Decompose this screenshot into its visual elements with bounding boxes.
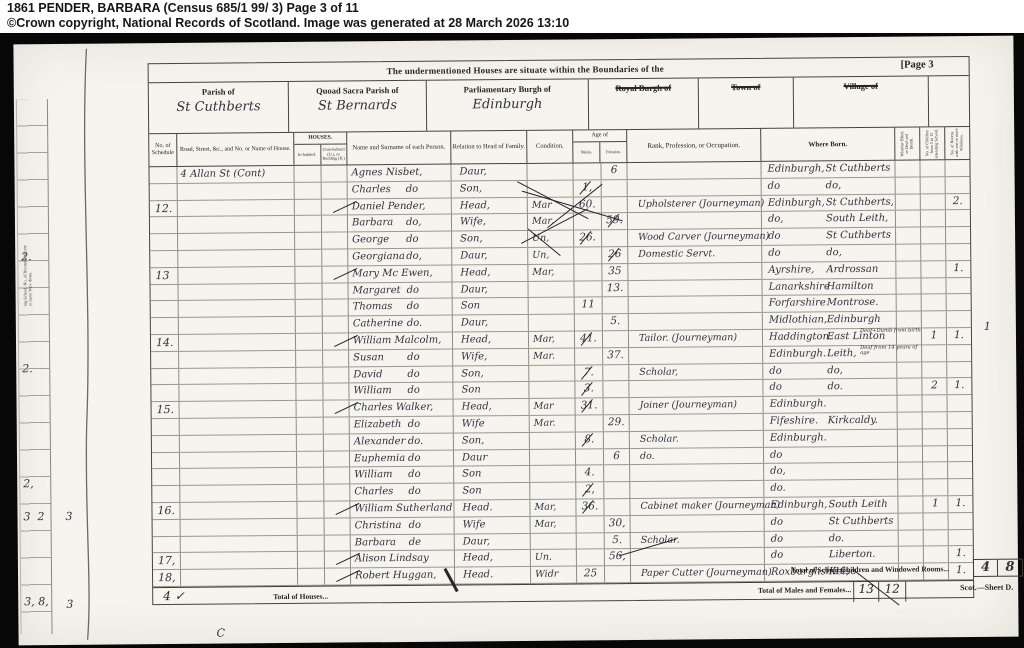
cell-uninhabited bbox=[324, 485, 350, 501]
cell-age-female bbox=[604, 482, 630, 498]
cell-condition: Mar, bbox=[528, 214, 574, 230]
district-value: St Bernards bbox=[289, 98, 426, 114]
cell-school-children bbox=[921, 278, 946, 294]
cell-relation: Head, bbox=[452, 265, 528, 281]
cell-age-male: 31. bbox=[576, 398, 604, 414]
cell-address bbox=[178, 183, 295, 200]
person-name: Margaret bbox=[352, 283, 400, 298]
person-name: Christina bbox=[355, 518, 402, 533]
cell-age-female bbox=[603, 331, 629, 347]
cell-age-female bbox=[604, 432, 630, 448]
cell-schedule bbox=[152, 469, 180, 485]
cell-occupation bbox=[628, 212, 762, 229]
cell-born: do. bbox=[764, 480, 898, 497]
cell-relation: Son, bbox=[453, 365, 529, 381]
cell-relation: Son bbox=[454, 483, 530, 499]
total-houses-label: Total of Houses... bbox=[273, 592, 328, 601]
cell-school-children bbox=[922, 295, 947, 311]
cell-name: William Sutherland bbox=[350, 500, 454, 517]
cell-school-children bbox=[923, 429, 948, 445]
cell-uninhabited bbox=[322, 233, 348, 249]
viewer-header: 1861 PENDER, BARBARA (Census 685/1 99/ 3… bbox=[0, 0, 1024, 33]
cell-name: Catherinedo. bbox=[349, 316, 453, 333]
cell-age-female: 5. bbox=[605, 533, 631, 549]
cell-uninhabited bbox=[324, 468, 350, 484]
cell-age-male: 26. bbox=[574, 230, 602, 246]
cell-occupation bbox=[629, 313, 763, 330]
cell-age-female: 37. bbox=[603, 348, 629, 364]
margin-number: 2. bbox=[21, 250, 32, 263]
cell-windowed-rooms bbox=[949, 530, 973, 546]
cell-condition: Widr bbox=[531, 567, 577, 583]
cell-address bbox=[178, 233, 295, 250]
ditto-mark: do. bbox=[407, 316, 423, 331]
school-rooms-total: Total of School Children and Windowed Ro… bbox=[631, 559, 1024, 580]
cell-blind-deaf bbox=[897, 295, 922, 311]
col-females: Females. bbox=[601, 142, 627, 162]
cell-condition bbox=[530, 432, 576, 448]
cell-schedule bbox=[152, 436, 180, 452]
col-age-label: Age of bbox=[573, 130, 626, 142]
loose-mark: 1 bbox=[984, 320, 991, 333]
cell-born: Ayrshire,Ardrossan bbox=[762, 261, 896, 278]
cell-age-male: 36. bbox=[576, 499, 604, 515]
born-county: Edinburgh. bbox=[770, 396, 827, 411]
ditto-mark: do bbox=[407, 299, 420, 314]
cell-school-children bbox=[923, 463, 948, 479]
cell-windowed-rooms: 1. bbox=[946, 261, 970, 277]
cell-inhabited bbox=[298, 535, 325, 551]
ditto-mark: do bbox=[408, 467, 421, 482]
cell-inhabited bbox=[297, 468, 324, 484]
cell-relation: Head. bbox=[454, 500, 530, 516]
born-parish: St Cuthberts bbox=[825, 161, 890, 177]
cell-uninhabited bbox=[322, 216, 348, 232]
cell-windowed-rooms bbox=[949, 513, 973, 529]
born-county: do bbox=[771, 531, 784, 546]
cell-age-male bbox=[574, 281, 602, 297]
cell-schedule: 14. bbox=[151, 335, 179, 351]
cell-born: dodo, bbox=[763, 362, 897, 379]
total-houses-value: 4 ✓ bbox=[163, 589, 185, 603]
cell-blind-deaf bbox=[898, 429, 923, 445]
cell-age-female: 6 bbox=[601, 163, 627, 179]
cell-age-male bbox=[573, 163, 601, 179]
born-county: Lanarkshire bbox=[768, 279, 829, 295]
cell-uninhabited bbox=[325, 518, 351, 534]
cell-born: dodo. bbox=[765, 530, 899, 547]
cell-schedule bbox=[150, 234, 178, 250]
cell-windowed-rooms bbox=[948, 479, 972, 495]
district-label: Quoad Sacra Parish of bbox=[289, 85, 426, 96]
born-parish: St Cuthberts bbox=[826, 228, 891, 244]
cell-windowed-rooms: 1. bbox=[947, 328, 971, 344]
cell-age-female bbox=[604, 465, 630, 481]
cell-born: Fifeshire.Kirkcaldy. bbox=[764, 413, 898, 430]
cell-inhabited bbox=[295, 266, 322, 282]
cell-address bbox=[180, 468, 297, 485]
cell-inhabited bbox=[298, 552, 325, 568]
cell-age-male bbox=[574, 247, 602, 263]
cell-age-female: 5. bbox=[603, 314, 629, 330]
district-box: Parliamentary Burgh ofEdinburgh bbox=[427, 79, 589, 130]
cell-condition: Mar, bbox=[529, 331, 575, 347]
district-box: Village of bbox=[794, 76, 929, 127]
cell-occupation bbox=[628, 179, 762, 196]
district-box: Quoad Sacra Parish ofSt Bernards bbox=[289, 81, 427, 132]
ditto-mark: do bbox=[407, 350, 420, 365]
cell-inhabited bbox=[297, 418, 324, 434]
cell-blind-deaf bbox=[897, 312, 922, 328]
cell-relation: Head. bbox=[455, 567, 531, 583]
strike-mark bbox=[582, 500, 594, 514]
cell-schedule bbox=[150, 184, 178, 200]
cell-name: Georgianado, bbox=[348, 249, 452, 266]
born-county: Ayrshire, bbox=[768, 262, 814, 277]
ditto-mark: do bbox=[406, 182, 419, 197]
born-parish: Leith, bbox=[827, 346, 857, 361]
person-name: William bbox=[353, 383, 391, 398]
cell-condition: Un. bbox=[531, 550, 577, 566]
cell-condition: Mar. bbox=[529, 348, 575, 364]
cell-address bbox=[178, 216, 295, 233]
cell-age-female: 35 bbox=[602, 264, 628, 280]
cell-condition: Mar. bbox=[530, 415, 576, 431]
cell-condition: Mar bbox=[530, 399, 576, 415]
cell-age-male bbox=[575, 348, 603, 364]
cell-relation: Wife, bbox=[452, 214, 528, 230]
district-box: Town of bbox=[699, 78, 794, 129]
cell-occupation bbox=[631, 515, 765, 532]
cell-blind-deaf bbox=[896, 177, 921, 193]
cell-school-children: 1 bbox=[922, 328, 947, 344]
cell-schedule: 16. bbox=[152, 503, 180, 519]
cell-schedule bbox=[151, 369, 179, 385]
cell-condition: Mar bbox=[528, 197, 574, 213]
loose-mark: 3 bbox=[66, 598, 73, 611]
cell-blind-deaf bbox=[898, 446, 923, 462]
cell-school-children: 1 bbox=[923, 496, 948, 512]
cell-uninhabited bbox=[322, 249, 348, 265]
strike-mark bbox=[579, 181, 591, 195]
cell-age-male: 25 bbox=[577, 566, 605, 582]
cell-age-female bbox=[604, 398, 630, 414]
cell-name: Christinado bbox=[351, 517, 455, 534]
cell-windowed-rooms: 1. bbox=[947, 378, 971, 394]
cell-schedule bbox=[151, 318, 179, 334]
cell-name: Robert Huggan, bbox=[351, 568, 455, 585]
cell-inhabited bbox=[298, 569, 325, 585]
cell-name: Barbarado, bbox=[348, 215, 452, 232]
loose-mark: 3 bbox=[65, 510, 72, 523]
cell-schedule bbox=[150, 285, 178, 301]
cell-school-children bbox=[922, 311, 947, 327]
col-relation: Relation to Head of Family. bbox=[451, 131, 527, 164]
school-rooms-total-label: Total of School Children and Windowed Ro… bbox=[691, 564, 949, 575]
strike-mark bbox=[581, 399, 593, 413]
col-schedule: No. of Schedule bbox=[149, 134, 177, 166]
cell-inhabited bbox=[295, 199, 322, 215]
cell-schedule: 18, bbox=[153, 570, 181, 586]
cell-inhabited bbox=[297, 401, 324, 417]
col-age: Age of Males. Females. bbox=[573, 130, 627, 162]
born-parish: do, bbox=[826, 178, 842, 193]
ditto-mark: do bbox=[407, 383, 420, 398]
cell-address bbox=[180, 401, 297, 418]
cell-name: Susando bbox=[349, 349, 453, 366]
born-parish: Hamilton bbox=[826, 278, 873, 293]
cell-windowed-rooms bbox=[947, 294, 971, 310]
cell-condition: Un, bbox=[528, 247, 574, 263]
cell-schedule: 15. bbox=[152, 402, 180, 418]
cell-relation: Daur, bbox=[455, 533, 531, 549]
cell-age-female bbox=[603, 297, 629, 313]
born-parish: do. bbox=[829, 531, 845, 546]
born-county: do bbox=[768, 229, 781, 244]
cell-school-children bbox=[922, 362, 947, 378]
cell-address bbox=[181, 552, 298, 569]
margin-number: 3 2 bbox=[23, 510, 44, 523]
cell-schedule: 13 bbox=[150, 268, 178, 284]
born-parish: Ardrossan bbox=[826, 262, 878, 277]
cell-school-children bbox=[921, 261, 946, 277]
col-blind: Whether Blind, or Deaf and Dumb. bbox=[895, 127, 920, 159]
margin-number: 2. bbox=[22, 362, 33, 375]
cell-address bbox=[180, 435, 297, 452]
cell-schedule bbox=[151, 352, 179, 368]
cell-condition bbox=[527, 163, 573, 179]
cell-name: Charles Walker, bbox=[350, 400, 454, 417]
cell-name: Williamdo bbox=[350, 467, 454, 484]
born-parish: St Cuthberts, bbox=[826, 194, 894, 210]
person-name: Euphemia bbox=[354, 451, 405, 466]
cell-inhabited bbox=[296, 334, 323, 350]
born-county: do. bbox=[770, 481, 786, 496]
cell-address bbox=[181, 569, 298, 586]
cell-relation: Head, bbox=[453, 332, 529, 348]
cell-occupation: Domestic Servt. bbox=[628, 246, 762, 263]
cell-age-female: 59. bbox=[602, 213, 628, 229]
cell-born: Edinburgh,St Cuthberts bbox=[761, 161, 895, 178]
cell-windowed-rooms bbox=[946, 278, 970, 294]
cell-occupation bbox=[629, 347, 763, 364]
cell-schedule bbox=[151, 385, 179, 401]
cell-schedule bbox=[152, 486, 180, 502]
col-inhabited: In-habited. bbox=[294, 145, 321, 165]
cell-born: doSt Cuthberts bbox=[762, 228, 896, 245]
cell-address bbox=[181, 535, 298, 552]
cell-blind-deaf: Deaf+Dumb from birth bbox=[897, 328, 922, 344]
cell-address bbox=[178, 200, 295, 217]
person-name: Agnes Nisbet, bbox=[351, 165, 422, 181]
cell-inhabited bbox=[295, 216, 322, 232]
cell-address: 4 Allan St (Cont) bbox=[177, 166, 294, 183]
person-name: William Sutherland bbox=[354, 500, 452, 516]
person-name: Alison Lindsay bbox=[355, 551, 429, 567]
district-boxes-row: Parish ofSt CuthbertsQuoad Sacra Parish … bbox=[149, 76, 969, 134]
cell-name: Thomasdo bbox=[349, 299, 453, 316]
cell-blind-deaf bbox=[896, 211, 921, 227]
person-name: William bbox=[354, 467, 392, 482]
cell-windowed-rooms bbox=[948, 429, 972, 445]
cell-windowed-rooms: 2. bbox=[946, 194, 970, 210]
ditto-mark: do bbox=[406, 282, 419, 297]
cell-age-female bbox=[602, 180, 628, 196]
page-number-label: [Page 3 bbox=[901, 59, 934, 70]
cell-address bbox=[180, 418, 297, 435]
cell-born: ForfarshireMontrose. bbox=[763, 295, 897, 312]
district-label: Royal Burgh of bbox=[589, 82, 698, 93]
born-parish: South Leith bbox=[828, 497, 887, 513]
born-parish: South Leith, bbox=[826, 211, 888, 227]
cell-born: Edinburgh. bbox=[764, 396, 898, 413]
cell-condition: Un, bbox=[528, 231, 574, 247]
col-houses-label: HOUSES. bbox=[294, 132, 346, 144]
cell-blind-deaf bbox=[898, 480, 923, 496]
cell-uninhabited bbox=[323, 317, 349, 333]
cell-name: Alison Lindsay bbox=[351, 551, 455, 568]
cell-relation: Son bbox=[454, 466, 530, 482]
cell-condition bbox=[530, 466, 576, 482]
ditto-mark: do, bbox=[406, 215, 422, 230]
cell-name: Daviddo bbox=[349, 366, 453, 383]
record-title: 1861 PENDER, BARBARA (Census 685/1 99/ 3… bbox=[7, 1, 359, 15]
strike-mark bbox=[581, 382, 593, 396]
person-name: Alexander bbox=[354, 434, 406, 449]
ditto-mark: do bbox=[408, 484, 421, 499]
cell-condition: Mar, bbox=[531, 516, 577, 532]
born-county: Edinburgh. bbox=[769, 346, 826, 361]
cell-name: Euphemiado bbox=[350, 450, 454, 467]
cell-relation: Daur, bbox=[452, 281, 528, 297]
cell-relation: Daur, bbox=[451, 164, 527, 180]
cell-address bbox=[179, 367, 296, 384]
cell-occupation bbox=[627, 162, 761, 179]
cell-address bbox=[179, 351, 296, 368]
cell-age-male: 60. bbox=[574, 197, 602, 213]
cell-name: Williamdo bbox=[349, 383, 453, 400]
cell-school-children bbox=[922, 395, 947, 411]
born-county: Haddington. bbox=[769, 329, 832, 345]
cell-schedule: 12. bbox=[150, 201, 178, 217]
born-county: do bbox=[771, 514, 784, 529]
person-name: George bbox=[352, 232, 389, 247]
cell-relation: Daur, bbox=[453, 315, 529, 331]
cell-address bbox=[179, 300, 296, 317]
born-county: Fifeshire. bbox=[770, 413, 819, 428]
cell-schedule bbox=[153, 536, 181, 552]
cell-schedule bbox=[153, 520, 181, 536]
disability-note: Deaf from 14 years of age bbox=[860, 345, 924, 356]
strip-handwritten-numbers: 2.2.2,3 23, 8, bbox=[13, 36, 1013, 45]
district-box: Parish ofSt Cuthberts bbox=[149, 82, 289, 133]
cell-windowed-rooms bbox=[946, 177, 970, 193]
cell-born: Midlothian,Edinburgh bbox=[763, 312, 897, 329]
col-males: Males. bbox=[573, 142, 601, 162]
cell-occupation: Wood Carver (Journeyman) bbox=[628, 229, 762, 246]
cell-relation: Son, bbox=[454, 433, 530, 449]
person-name: Robert Huggan, bbox=[355, 568, 437, 584]
person-name: Charles bbox=[352, 182, 391, 197]
strike-mark bbox=[580, 231, 592, 245]
total-males-value: 13 bbox=[853, 582, 879, 602]
cell-address bbox=[178, 284, 295, 301]
district-label: Town of bbox=[699, 82, 793, 93]
cell-address bbox=[179, 384, 296, 401]
cell-relation: Son bbox=[453, 298, 529, 314]
person-name: Barbara bbox=[355, 535, 396, 550]
cell-address bbox=[179, 334, 296, 351]
born-county: Edinburgh, bbox=[768, 195, 825, 210]
cell-condition bbox=[528, 180, 574, 196]
cell-blind-deaf bbox=[896, 261, 921, 277]
cell-occupation: Scholar, bbox=[629, 363, 763, 380]
cell-age-female: 26 bbox=[602, 247, 628, 263]
strike-mark bbox=[581, 332, 593, 346]
cell-born: doSt Cuthberts bbox=[765, 513, 899, 530]
ditto-mark: do. bbox=[408, 434, 424, 449]
cell-address bbox=[178, 250, 295, 267]
cell-inhabited bbox=[295, 233, 322, 249]
born-county: do bbox=[769, 363, 782, 378]
born-parish: do, bbox=[827, 363, 843, 378]
cell-age-male: 41. bbox=[575, 331, 603, 347]
person-name: Charles Walker, bbox=[354, 400, 434, 416]
cell-windowed-rooms bbox=[948, 412, 972, 428]
cell-occupation: Scholar. bbox=[630, 431, 764, 448]
school-total-value: 4 bbox=[973, 559, 998, 577]
born-parish: St Cuthberts bbox=[829, 513, 894, 529]
ditto-mark: de bbox=[409, 534, 421, 549]
cell-relation: Daur bbox=[454, 449, 530, 465]
cell-uninhabited bbox=[324, 434, 350, 450]
cell-blind-deaf bbox=[897, 379, 922, 395]
cell-windowed-rooms bbox=[947, 362, 971, 378]
cell-condition: Mar, bbox=[530, 499, 576, 515]
cell-uninhabited bbox=[325, 535, 351, 551]
cell-condition bbox=[531, 533, 577, 549]
margin-number: 2, bbox=[23, 477, 34, 490]
cell-condition bbox=[529, 382, 575, 398]
cell-age-female bbox=[604, 499, 630, 515]
cell-condition bbox=[530, 449, 576, 465]
cell-windowed-rooms: 1. bbox=[948, 496, 972, 512]
born-parish: Kirkcaldy. bbox=[828, 413, 878, 428]
cell-address bbox=[180, 502, 297, 519]
col-road: Road, Street, &c., and No. or Name of Ho… bbox=[177, 133, 294, 166]
cell-occupation: Upholsterer (Journeyman) bbox=[628, 195, 762, 212]
cell-age-male bbox=[576, 449, 604, 465]
col-occupation: Rank, Profession, or Occupation. bbox=[627, 129, 761, 162]
cell-age-female bbox=[605, 566, 631, 582]
total-females-value: 12 bbox=[879, 582, 906, 602]
census-table: The undermentioned Houses are situate wi… bbox=[148, 56, 975, 605]
born-county: do, bbox=[770, 464, 786, 479]
cell-school-children bbox=[923, 412, 948, 428]
district-value: St Cuthberts bbox=[149, 99, 288, 115]
cell-occupation bbox=[629, 296, 763, 313]
district-label: Village of bbox=[794, 80, 928, 91]
cell-born: dodo, bbox=[762, 177, 896, 194]
cell-born: dodo, bbox=[762, 245, 896, 262]
ditto-mark: do bbox=[407, 366, 420, 381]
cell-blind-deaf bbox=[899, 530, 924, 546]
born-county: Edinburgh. bbox=[770, 430, 827, 445]
cell-name: Alexanderdo. bbox=[350, 433, 454, 450]
cell-blind-deaf bbox=[898, 412, 923, 428]
born-county: do bbox=[768, 246, 781, 261]
table-heading: The undermentioned Houses are situate wi… bbox=[387, 64, 664, 76]
